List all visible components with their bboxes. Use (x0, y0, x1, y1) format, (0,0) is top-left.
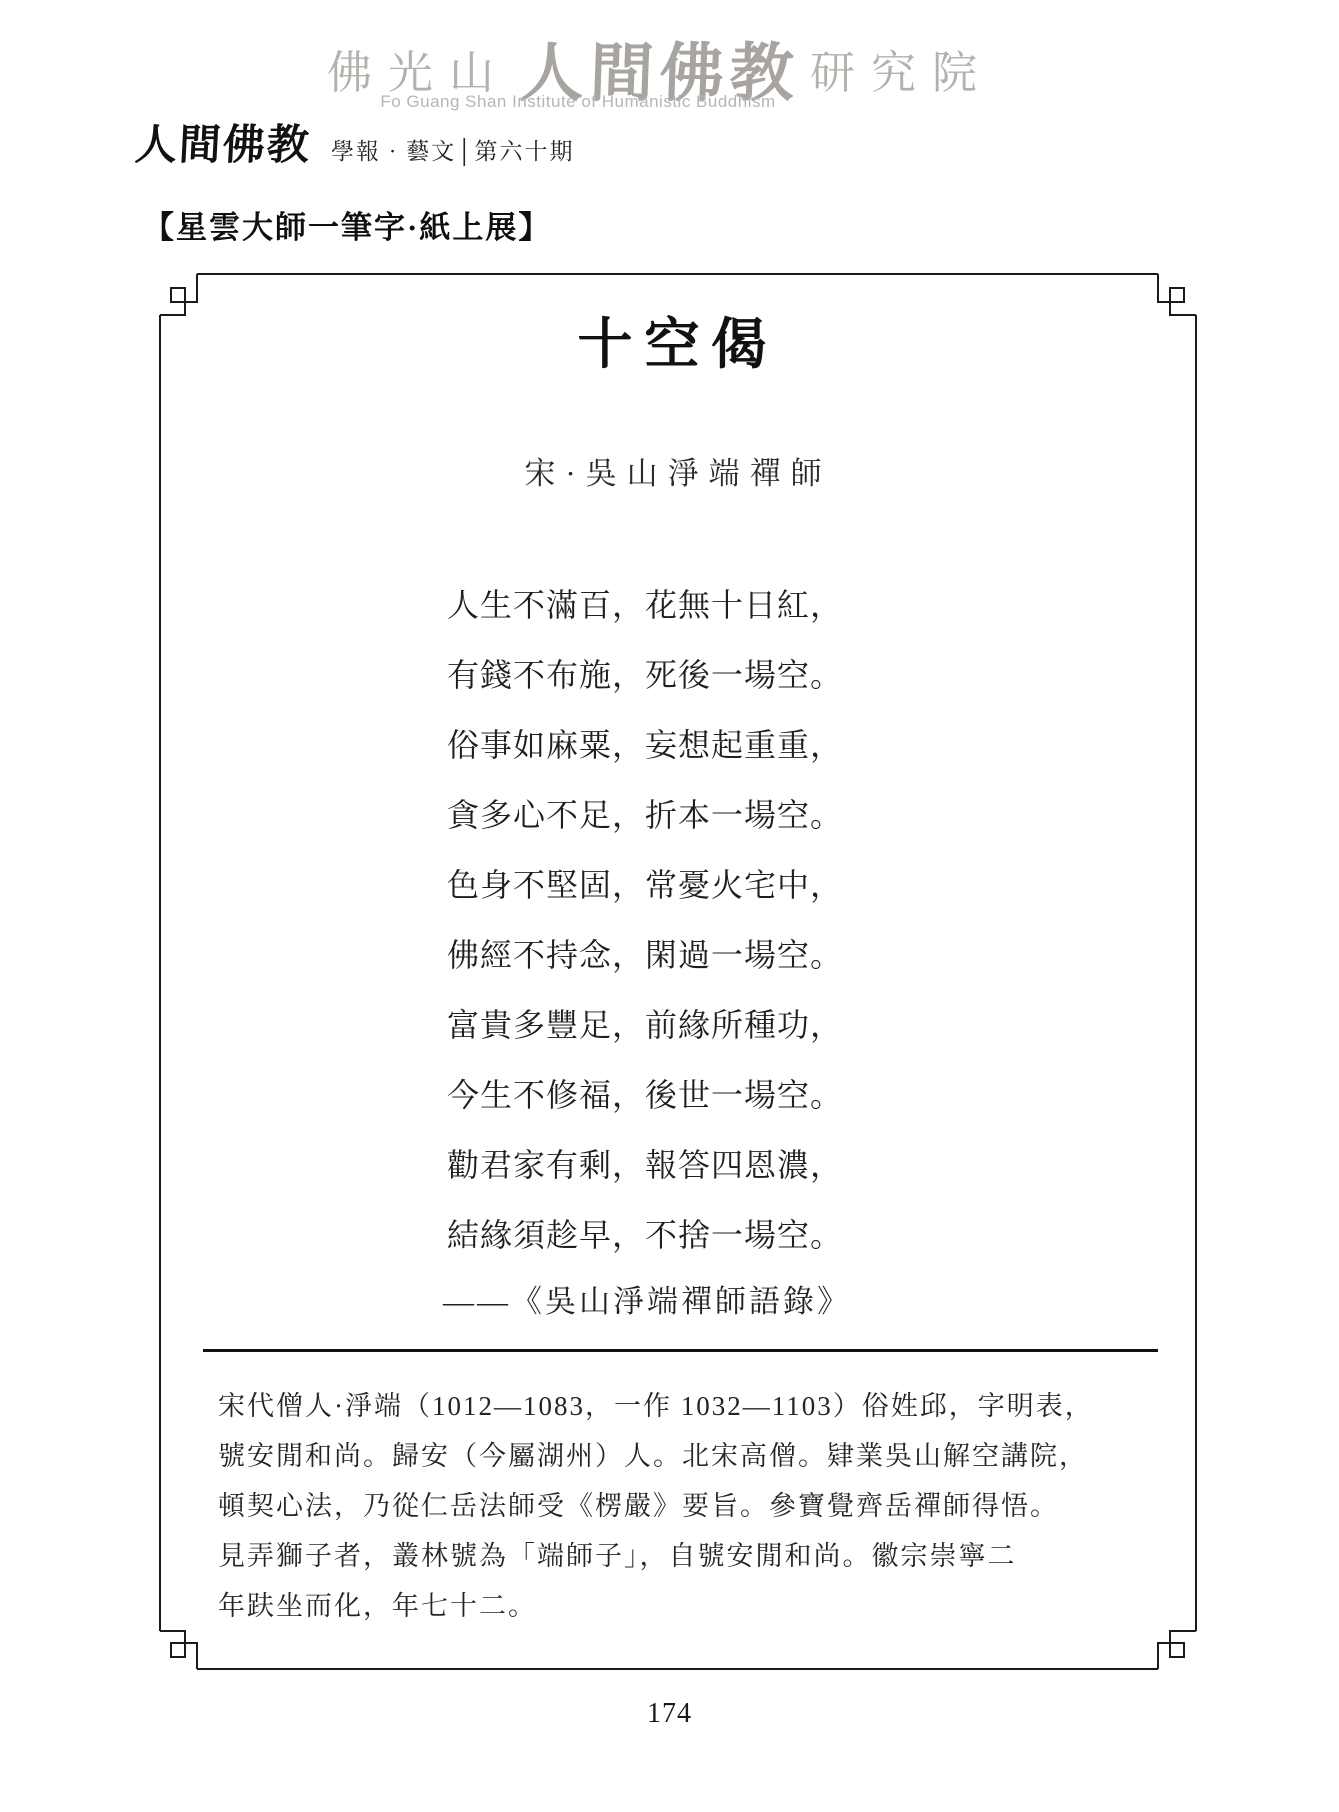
journal-issue-label: 學報 · 藝文│第六十期 (331, 133, 574, 166)
poem-title: 十空偈 (160, 300, 1196, 379)
poem-author: 宋·吳山淨端禪師 (160, 448, 1196, 493)
biography-line: 頓契心法，乃從仁岳法師受《楞嚴》要旨。參寶覺齊岳禪師得悟。 (218, 1481, 1168, 1531)
poem-body: 人生不滿百，花無十日紅，有錢不布施，死後一場空。俗事如麻粟，妄想起重重，貪多心不… (447, 570, 843, 1270)
poem-line: 結緣須趁早，不捨一場空。 (447, 1200, 843, 1270)
institute-english-name: Fo Guang Shan Institute of Humanistic Bu… (380, 92, 775, 112)
journal-brand-calligraphy: 人間佛教 (133, 112, 312, 172)
biography-text: 宋代僧人·淨端（1012—1083，一作 1032—1103）俗姓邱，字明表，號… (218, 1381, 1168, 1631)
biography-line: 年趺坐而化，年七十二。 (218, 1581, 1168, 1631)
poem-line: 俗事如麻粟，妄想起重重， (447, 710, 843, 780)
journal-masthead: 人間佛教 學報 · 藝文│第六十期 (135, 112, 574, 172)
poem-attribution: ——《吳山淨端禪師語錄》 (443, 1276, 851, 1321)
poem-line: 富貴多豐足，前緣所種功， (447, 990, 843, 1060)
poem-line: 今生不修福，後世一場空。 (447, 1060, 843, 1130)
section-title: 【星雲大師一筆字·紙上展】 (143, 202, 551, 247)
logo-left-text: 佛光山 (327, 36, 510, 101)
biography-line: 見弄獅子者，叢林號為「端師子」，自號安閒和尚。徽宗崇寧二 (218, 1531, 1168, 1581)
poem-line: 勸君家有剩，報答四恩濃， (447, 1130, 843, 1200)
logo-right-text: 研究院 (810, 36, 993, 101)
biography-line: 宋代僧人·淨端（1012—1083，一作 1032—1103）俗姓邱，字明表， (218, 1381, 1168, 1431)
page-number: 174 (0, 1698, 1339, 1730)
divider-rule (203, 1349, 1158, 1352)
poem-line: 人生不滿百，花無十日紅， (447, 570, 843, 640)
poem-line: 有錢不布施，死後一場空。 (447, 640, 843, 710)
poem-line: 佛經不持念，閑過一場空。 (447, 920, 843, 990)
poem-line: 色身不堅固，常憂火宅中， (447, 850, 843, 920)
poem-line: 貪多心不足，折本一場空。 (447, 780, 843, 850)
biography-line: 號安閒和尚。歸安（今屬湖州）人。北宋高僧。肄業吳山解空講院， (218, 1431, 1168, 1481)
